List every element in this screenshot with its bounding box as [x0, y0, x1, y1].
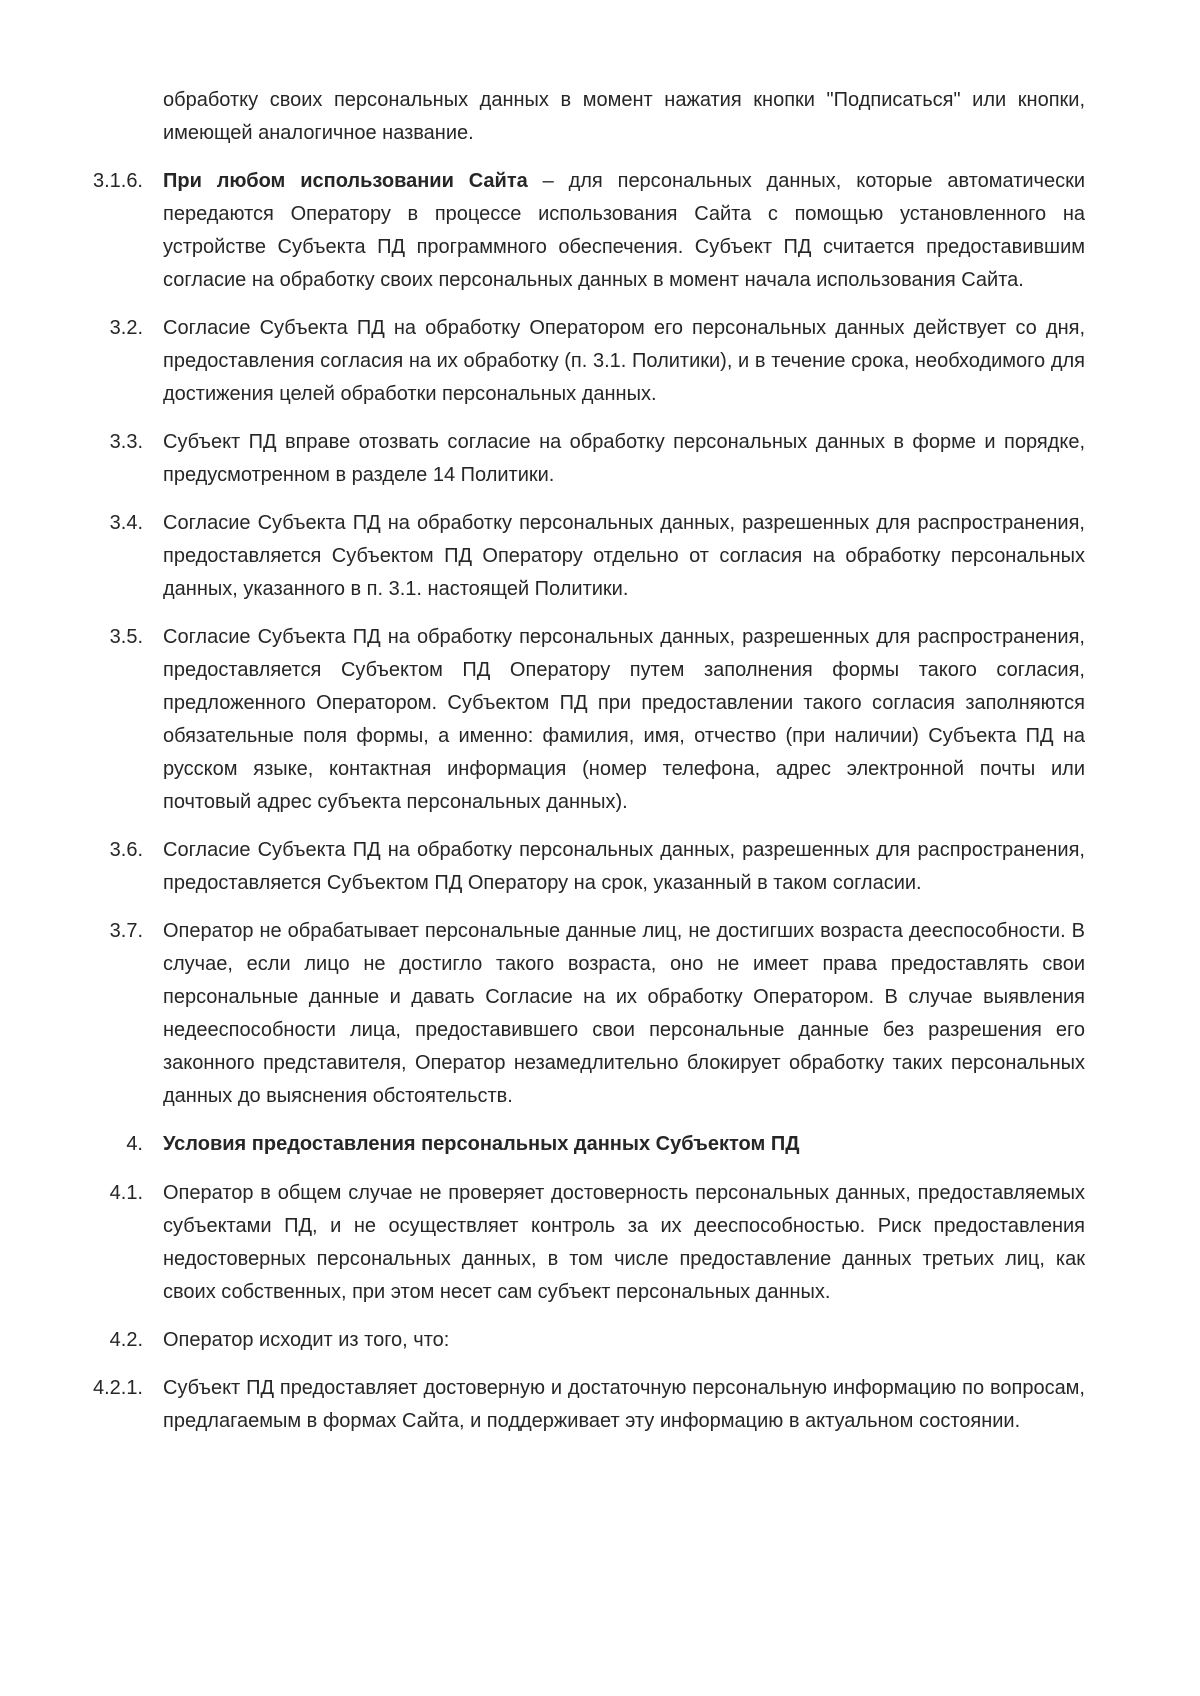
clause-text: обработку своих персональных данных в мо… [163, 84, 1085, 150]
clause-text: При любом использовании Сайта – для перс… [163, 165, 1085, 297]
clause-number: 4.2. [0, 1324, 143, 1357]
clause-number: 3.7. [0, 915, 143, 948]
clause-body-text: Субъект ПД предоставляет достоверную и д… [163, 1377, 1085, 1432]
policy-clause: 3.7. Оператор не обрабатывает персональн… [0, 915, 1200, 1113]
policy-clause: 4.1. Оператор в общем случае не проверяе… [0, 1177, 1200, 1309]
clause-body-text: Оператор не обрабатывает персональные да… [163, 920, 1085, 1107]
clause-body-text: Согласие Субъекта ПД на обработку персон… [163, 512, 1085, 600]
policy-clause: 3.1.6. При любом использовании Сайта – д… [0, 165, 1200, 297]
clause-number: 4.1. [0, 1177, 143, 1210]
clause-text: Согласие Субъекта ПД на обработку Операт… [163, 312, 1085, 411]
clause-body-text: Согласие Субъекта ПД на обработку персон… [163, 626, 1085, 813]
clause-text: Согласие Субъекта ПД на обработку персон… [163, 621, 1085, 819]
clause-text: Субъект ПД предоставляет достоверную и д… [163, 1372, 1085, 1438]
clause-number: 4. [0, 1128, 143, 1161]
policy-clause: 3.5. Согласие Субъекта ПД на обработку п… [0, 621, 1200, 819]
clause-body-text: Субъект ПД вправе отозвать согласие на о… [163, 431, 1085, 486]
policy-body: обработку своих персональных данных в мо… [0, 84, 1200, 1453]
policy-clause: 4.2. Оператор исходит из того, что: [0, 1324, 1200, 1357]
clause-number: 3.1.6. [0, 165, 143, 198]
clause-body-text: Оператор исходит из того, что: [163, 1329, 449, 1351]
document-page: обработку своих персональных данных в мо… [0, 0, 1200, 1696]
clause-body-text: Оператор в общем случае не проверяет дос… [163, 1182, 1085, 1303]
policy-clause: 3.3. Субъект ПД вправе отозвать согласие… [0, 426, 1200, 492]
policy-clause: обработку своих персональных данных в мо… [0, 84, 1200, 150]
clause-text: Оператор не обрабатывает персональные да… [163, 915, 1085, 1113]
clause-text: Согласие Субъекта ПД на обработку персон… [163, 834, 1085, 900]
clause-body-text: обработку своих персональных данных в мо… [163, 89, 1085, 144]
clause-number: 3.4. [0, 507, 143, 540]
clause-number: 3.5. [0, 621, 143, 654]
clause-lead-bold: При любом использовании Сайта [163, 170, 543, 192]
clause-text: Согласие Субъекта ПД на обработку персон… [163, 507, 1085, 606]
policy-clause: 3.2. Согласие Субъекта ПД на обработку О… [0, 312, 1200, 411]
clause-body-text: Условия предоставления персональных данн… [163, 1133, 799, 1155]
clause-number: 3.2. [0, 312, 143, 345]
policy-clause: 3.6. Согласие Субъекта ПД на обработку п… [0, 834, 1200, 900]
clause-number: 4.2.1. [0, 1372, 143, 1405]
clause-number: 3.6. [0, 834, 143, 867]
clause-text: Оператор исходит из того, что: [163, 1324, 1085, 1357]
clause-body-text: Согласие Субъекта ПД на обработку Операт… [163, 317, 1085, 405]
policy-clause: 4.2.1. Субъект ПД предоставляет достовер… [0, 1372, 1200, 1438]
clause-text: Оператор в общем случае не проверяет дос… [163, 1177, 1085, 1309]
clause-text: Субъект ПД вправе отозвать согласие на о… [163, 426, 1085, 492]
policy-clause: 4. Условия предоставления персональных д… [0, 1128, 1200, 1161]
clause-text: Условия предоставления персональных данн… [163, 1128, 1085, 1161]
clause-body-text: Согласие Субъекта ПД на обработку персон… [163, 839, 1085, 894]
clause-number: 3.3. [0, 426, 143, 459]
policy-clause: 3.4. Согласие Субъекта ПД на обработку п… [0, 507, 1200, 606]
